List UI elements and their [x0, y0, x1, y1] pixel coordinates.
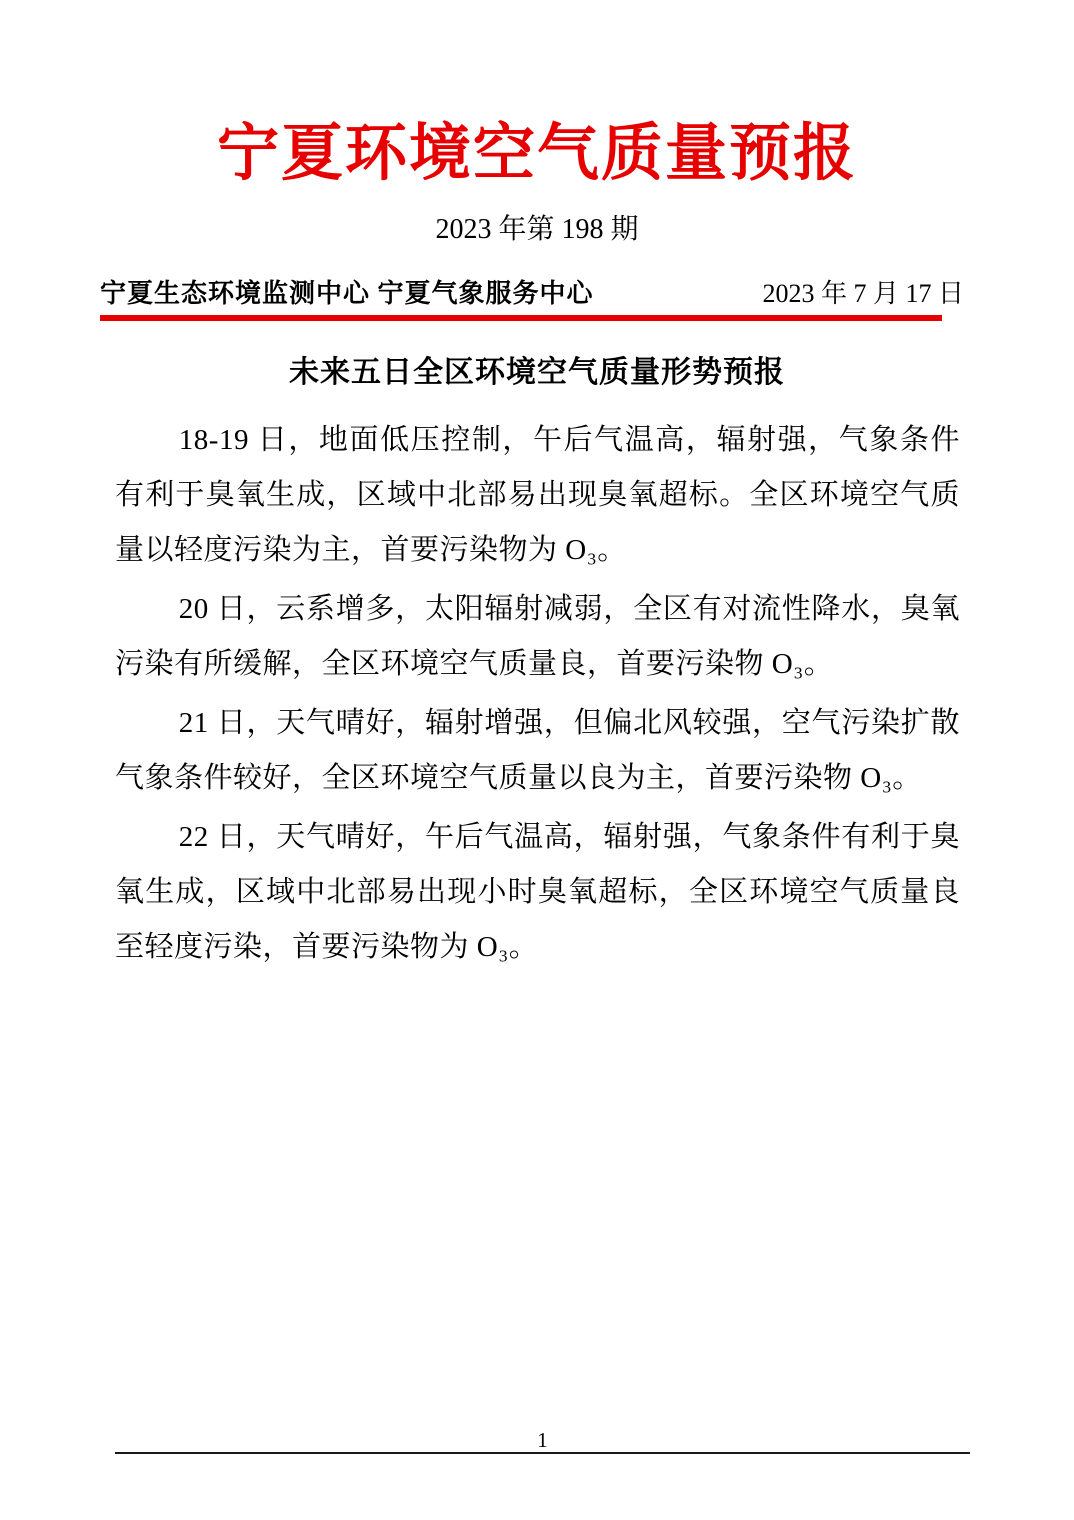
forecast-body: 18-19 日，地面低压控制，午后气温高，辐射强，气象条件有利于臭氧生成，区域中… — [115, 413, 960, 975]
section-title: 未来五日全区环境空气质量形势预报 — [0, 353, 1074, 393]
issue-number: 2023 年第 198 期 — [0, 210, 1074, 250]
issuing-agencies: 宁夏生态环境监测中心 宁夏气象服务中心 — [100, 276, 594, 312]
document-page: 宁夏环境空气质量预报 2023 年第 198 期 宁夏生态环境监测中心 宁夏气象… — [0, 0, 1074, 1520]
issuer-row: 宁夏生态环境监测中心 宁夏气象服务中心 2023 年 7 月 17 日 — [100, 276, 964, 312]
forecast-paragraph-18-19: 18-19 日，地面低压控制，午后气温高，辐射强，气象条件有利于臭氧生成，区域中… — [115, 413, 960, 578]
forecast-paragraph-22: 22 日，天气晴好，午后气温高，辐射强，气象条件有利于臭氧生成，区域中北部易出现… — [115, 810, 960, 975]
forecast-paragraph-20: 20 日，云系增多，太阳辐射减弱，全区有对流性降水，臭氧污染有所缓解，全区环境空… — [115, 582, 960, 692]
footer-rule — [115, 1452, 970, 1454]
page-number: 1 — [115, 1428, 970, 1452]
document-title: 宁夏环境空气质量预报 — [0, 0, 1074, 194]
issue-date: 2023 年 7 月 17 日 — [762, 276, 964, 312]
header-divider-rule — [100, 315, 942, 321]
forecast-paragraph-21: 21 日，天气晴好，辐射增强，但偏北风较强，空气污染扩散气象条件较好，全区环境空… — [115, 696, 960, 806]
